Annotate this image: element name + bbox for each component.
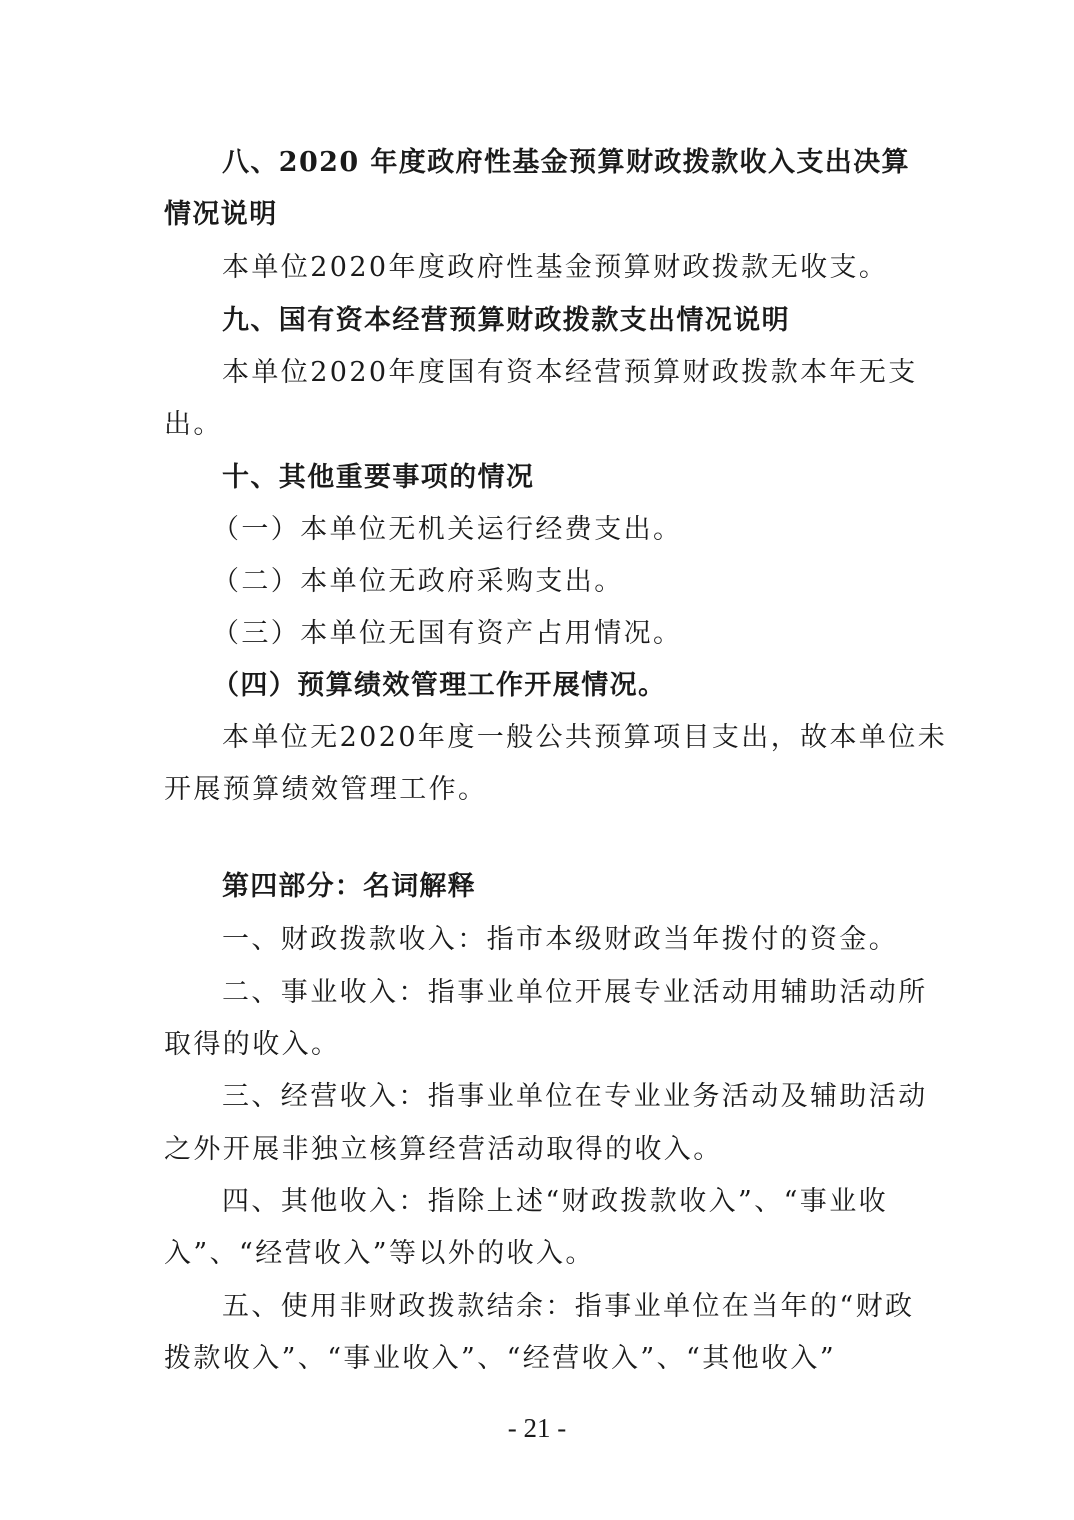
section-8-body: 本单位2020年度政府性基金预算财政拨款无收支。 <box>222 250 914 286</box>
term-1: 一、财政拨款收入：指市本级财政当年拨付的资金。 <box>222 922 914 958</box>
document-page: 八、2020 年度政府性基金预算财政拨款收入支出决算 情况说明 本单位2020年… <box>0 0 1074 1520</box>
section-10-item-4-body-continued: 开展预算绩效管理工作。 <box>164 772 914 808</box>
term-2: 二、事业收入：指事业单位开展专业活动用辅助活动所 <box>222 975 914 1011</box>
section-9-body-continued: 出。 <box>164 407 914 443</box>
term-5: 五、使用非财政拨款结余：指事业单位在当年的“财政 <box>222 1289 914 1325</box>
section-10-item-3: （三）本单位无国有资产占用情况。 <box>212 616 904 652</box>
section-10-item-2: （二）本单位无政府采购支出。 <box>212 564 904 600</box>
section-8-heading: 八、2020 年度政府性基金预算财政拨款收入支出决算 <box>222 145 914 181</box>
term-4-continued: 入”、“经营收入”等以外的收入。 <box>164 1236 914 1272</box>
part-4-heading: 第四部分：名词解释 <box>222 869 914 905</box>
page-number: - 21 - <box>0 1410 1074 1446</box>
section-8-heading-continued: 情况说明 <box>164 197 914 233</box>
term-2-continued: 取得的收入。 <box>164 1027 914 1063</box>
section-10-item-4-body: 本单位无2020年度一般公共预算项目支出，故本单位未 <box>222 720 914 756</box>
section-10-item-1: （一）本单位无机关运行经费支出。 <box>212 512 904 548</box>
section-10-heading: 十、其他重要事项的情况 <box>222 460 914 496</box>
section-9-body: 本单位2020年度国有资本经营预算财政拨款本年无支 <box>222 355 914 391</box>
term-3-continued: 之外开展非独立核算经营活动取得的收入。 <box>164 1132 914 1168</box>
section-9-heading: 九、国有资本经营预算财政拨款支出情况说明 <box>222 303 914 339</box>
term-5-continued: 拨款收入”、“事业收入”、“经营收入”、“其他收入” <box>164 1341 914 1377</box>
term-4: 四、其他收入：指除上述“财政拨款收入”、“事业收 <box>222 1184 914 1220</box>
section-10-item-4-heading: （四）预算绩效管理工作开展情况。 <box>212 668 904 704</box>
term-3: 三、经营收入：指事业单位在专业业务活动及辅助活动 <box>222 1079 914 1115</box>
